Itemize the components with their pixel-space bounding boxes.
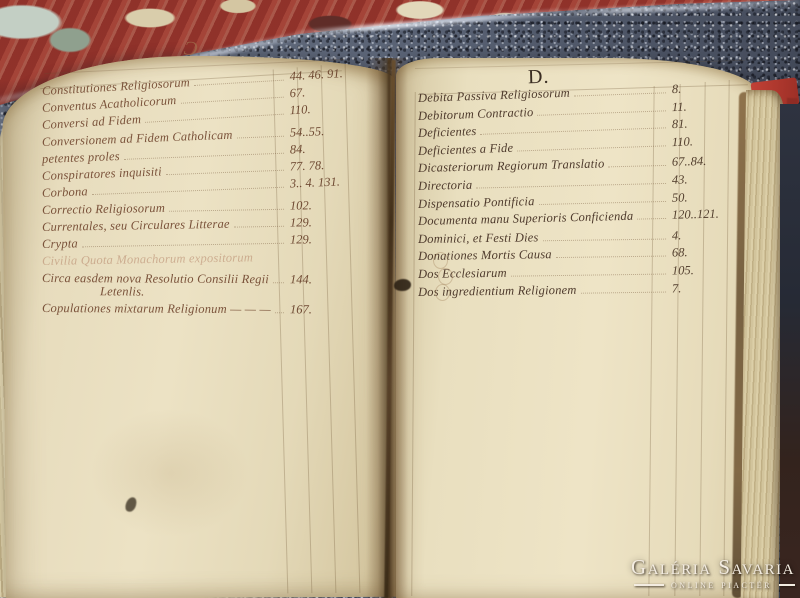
dot-leader [169, 209, 284, 212]
table-border [411, 92, 416, 596]
entry-page-numbers: 129. [290, 215, 356, 231]
entry-page-numbers: 8. [672, 80, 730, 97]
right-page-rows: Debita Passiva Religiosorum8.Debitorum C… [418, 88, 730, 299]
entry-title: Dos Ecclesiarum [418, 265, 507, 281]
dot-leader [234, 226, 284, 228]
entry-page-numbers: 102. [290, 198, 356, 214]
entry-title: Directoria [418, 177, 473, 193]
left-page-rows: Constitutiones Religiosorum44. 46. 91.Co… [42, 82, 356, 316]
entry-title: Corbona [42, 184, 88, 201]
entry-title: Circa easdem nova Resolutio Consilii Reg… [42, 271, 269, 287]
index-entry: Dos ingredientium Religionem7. [418, 277, 730, 299]
dot-leader [637, 218, 666, 220]
entry-page-numbers: 67..84. [672, 153, 730, 169]
entry-title: Copulationes mixtarum Religionum — — — [42, 301, 271, 317]
dot-leader [581, 291, 666, 293]
watermark-subtitle: online piactér [631, 579, 795, 591]
entry-title: Civilia Quota Monachorum expositorum [42, 250, 253, 269]
dot-leader [82, 243, 284, 248]
water-ring [435, 284, 450, 301]
entry-page-numbers: 81. [672, 115, 730, 132]
dot-leader [517, 145, 666, 151]
entry-page-numbers: 167. [290, 302, 356, 317]
entry-page-numbers: 4. [672, 227, 730, 243]
dot-leader [149, 296, 284, 297]
entry-page-numbers [290, 264, 356, 265]
index-entry: Circa easdem nova Resolutio Consilii Reg… [42, 269, 356, 288]
dot-leader [92, 187, 284, 195]
entry-page-numbers: 50. [672, 189, 730, 205]
entry-page-numbers: 144. [290, 272, 356, 287]
dot-leader [273, 282, 284, 283]
entry-page-numbers: 129. [290, 232, 356, 248]
dot-leader [275, 312, 284, 313]
entry-title: Letenlis. [100, 284, 145, 299]
entry-page-numbers: 110. [672, 132, 730, 149]
entry-page-numbers: 120..121. [672, 206, 730, 222]
index-entry: Copulationes mixtarum Religionum — — —16… [42, 299, 356, 318]
dot-leader [556, 255, 666, 258]
ink-blot [394, 279, 411, 291]
entry-title: Crypta [42, 236, 78, 252]
watermark-title: Galéria Savaria [631, 556, 795, 578]
entry-page-numbers: 110. [289, 99, 356, 118]
dot-leader [511, 273, 666, 276]
dot-leader [237, 136, 284, 139]
marketplace-watermark: Galéria Savaria online piactér [631, 556, 795, 591]
dot-leader [574, 92, 666, 96]
entry-page-numbers: 7. [672, 280, 730, 296]
entry-page-numbers: 105. [672, 262, 730, 278]
page-stain [90, 408, 250, 538]
dot-leader [476, 183, 666, 189]
dot-leader [539, 200, 666, 204]
entry-page-numbers: 68. [672, 245, 730, 261]
table-shadow-right [780, 104, 800, 598]
photo-scene: Ɔ D. Constitutiones Religiosorum44. 46. … [0, 0, 800, 598]
ruled-line [415, 60, 745, 69]
dot-leader [145, 114, 284, 123]
dot-leader [609, 165, 667, 167]
entry-page-numbers: 3.. 4. 131. [290, 174, 357, 192]
dot-leader [543, 238, 666, 241]
entry-page-numbers: 43. [672, 171, 730, 187]
water-ring [433, 252, 448, 269]
water-ring [438, 268, 453, 285]
fore-edge-pages [741, 90, 784, 598]
